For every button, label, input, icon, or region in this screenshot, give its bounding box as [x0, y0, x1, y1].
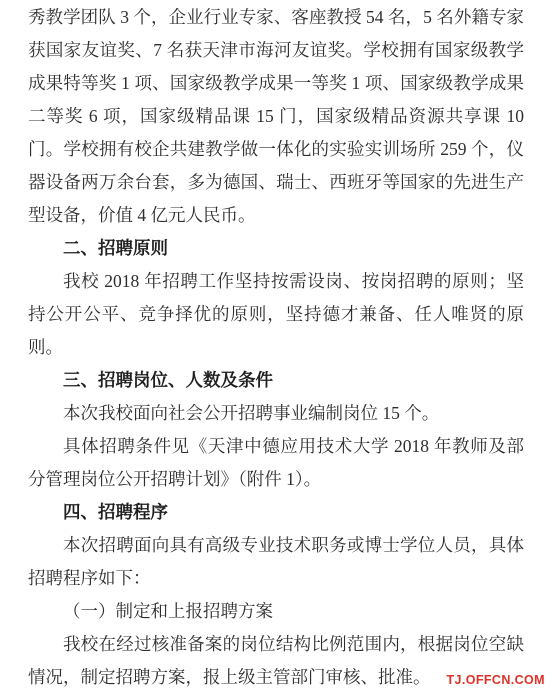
subheading-plan-formulation: （一）制定和上报招聘方案	[28, 595, 524, 628]
paragraph-procedure-intro: 本次招聘面向具有高级专业技术职务或博士学位人员，具体招聘程序如下：	[28, 529, 524, 595]
paragraph-recruitment-principles: 我校 2018 年招聘工作坚持按需设岗、按岗招聘的原则；坚持公开公平、竞争择优的…	[28, 265, 524, 364]
watermark-tj-offcn: TJ.OFFCN.COM	[446, 674, 545, 687]
paragraph-school-achievements: 秀教学团队 3 个，企业行业专家、客座教授 54 名，5 名外籍专家获国家友谊奖…	[28, 1, 524, 232]
heading-positions-count-conditions: 三、招聘岗位、人数及条件	[28, 364, 524, 397]
paragraph-conditions-reference: 具体招聘条件见《天津中德应用技术大学 2018 年教师及部分管理岗位公开招聘计划…	[28, 430, 524, 496]
heading-recruitment-procedure: 四、招聘程序	[28, 496, 524, 529]
document-page: 秀教学团队 3 个，企业行业专家、客座教授 54 名，5 名外籍专家获国家友谊奖…	[0, 0, 552, 691]
paragraph-positions-count: 本次我校面向社会公开招聘事业编制岗位 15 个。	[28, 397, 524, 430]
heading-recruitment-principles: 二、招聘原则	[28, 232, 524, 265]
